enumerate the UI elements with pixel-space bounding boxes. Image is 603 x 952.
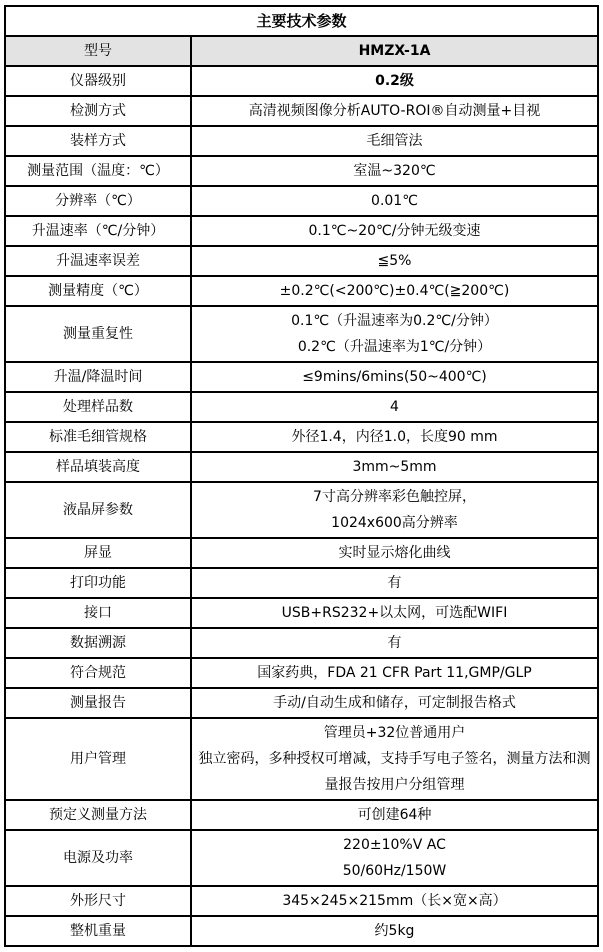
param-value: 管理员+32位普通用户独立密码，多种授权可增减，支持手写电子签名，测量方法和测量… bbox=[191, 718, 598, 800]
param-label: 外形尺寸 bbox=[5, 886, 191, 916]
table-row: 升温速率误差 ≦5% bbox=[5, 246, 598, 276]
param-label: 升温/降温时间 bbox=[5, 362, 191, 392]
param-value: 220±10%V AC50/60Hz/150W bbox=[191, 830, 598, 886]
param-value-line: 50/60Hz/150W bbox=[195, 858, 594, 884]
table-row: 测量范围（温度：℃） 室温~320℃ bbox=[5, 156, 598, 186]
param-value: 毛细管法 bbox=[191, 126, 598, 156]
table-row: 测量精度（℃） ±0.2℃(<200℃)±0.4℃(≧200℃) bbox=[5, 276, 598, 306]
table-row: 液晶屏参数 7寸高分辨率彩色触控屏，1024x600高分辨率 bbox=[5, 482, 598, 538]
table-row: 分辨率（℃） 0.01℃ bbox=[5, 186, 598, 216]
table-row: 打印功能 有 bbox=[5, 568, 598, 598]
param-label: 符合规范 bbox=[5, 658, 191, 688]
table-row: 测量重复性 0.1℃（升温速率为0.2℃/分钟）0.2℃（升温速率为1℃/分钟） bbox=[5, 306, 598, 362]
param-label: 标准毛细管规格 bbox=[5, 422, 191, 452]
param-value: ±0.2℃(<200℃)±0.4℃(≧200℃) bbox=[191, 276, 598, 306]
table-title-row: 主要技术参数 bbox=[5, 6, 598, 36]
param-value: 4 bbox=[191, 392, 598, 422]
param-value: 345×245×215mm（长×宽×高） bbox=[191, 886, 598, 916]
param-label: 测量重复性 bbox=[5, 306, 191, 362]
spec-table-body: 主要技术参数 型号 HMZX-1A 仪器级别 0.2级 检测方式 高清视频图像分… bbox=[5, 6, 598, 946]
param-label: 电源及功率 bbox=[5, 830, 191, 886]
param-label: 升温速率（℃/分钟） bbox=[5, 216, 191, 246]
table-row: 符合规范 国家药典，FDA 21 CFR Part 11,GMP/GLP bbox=[5, 658, 598, 688]
table-row: 测量报告 手动/自动生成和储存，可定制报告格式 bbox=[5, 688, 598, 718]
param-value-line: 独立密码，多种授权可增减，支持手写电子签名，测量方法和测量报告按用户分组管理 bbox=[195, 746, 594, 798]
param-value: 0.2级 bbox=[191, 66, 598, 96]
param-label: 处理样品数 bbox=[5, 392, 191, 422]
param-value-line: 1024x600高分辨率 bbox=[195, 510, 594, 536]
table-row: 电源及功率 220±10%V AC50/60Hz/150W bbox=[5, 830, 598, 886]
param-value: 实时显示熔化曲线 bbox=[191, 538, 598, 568]
param-label: 数据溯源 bbox=[5, 628, 191, 658]
param-label: 型号 bbox=[5, 36, 191, 66]
param-value: 国家药典，FDA 21 CFR Part 11,GMP/GLP bbox=[191, 658, 598, 688]
param-value: ≦5% bbox=[191, 246, 598, 276]
table-row: 处理样品数 4 bbox=[5, 392, 598, 422]
table-row: 整机重量 约5kg bbox=[5, 916, 598, 946]
param-value: 0.1℃（升温速率为0.2℃/分钟）0.2℃（升温速率为1℃/分钟） bbox=[191, 306, 598, 362]
param-value: 手动/自动生成和储存，可定制报告格式 bbox=[191, 688, 598, 718]
param-value: 约5kg bbox=[191, 916, 598, 946]
param-label: 接口 bbox=[5, 598, 191, 628]
param-label: 屏显 bbox=[5, 538, 191, 568]
param-value: 7寸高分辨率彩色触控屏，1024x600高分辨率 bbox=[191, 482, 598, 538]
param-label: 预定义测量方法 bbox=[5, 800, 191, 830]
param-label: 打印功能 bbox=[5, 568, 191, 598]
param-value: 0.1℃~20℃/分钟无级变速 bbox=[191, 216, 598, 246]
param-value: USB+RS232+以太网，可选配WIFI bbox=[191, 598, 598, 628]
param-label: 测量范围（温度：℃） bbox=[5, 156, 191, 186]
spec-table: 主要技术参数 型号 HMZX-1A 仪器级别 0.2级 检测方式 高清视频图像分… bbox=[4, 5, 599, 947]
param-label: 测量报告 bbox=[5, 688, 191, 718]
param-value: 外径1.4，内径1.0，长度90 mm bbox=[191, 422, 598, 452]
table-row: 型号 HMZX-1A bbox=[5, 36, 598, 66]
param-value: ≤9mins/6mins(50~400℃) bbox=[191, 362, 598, 392]
param-label: 用户管理 bbox=[5, 718, 191, 800]
table-row: 屏显 实时显示熔化曲线 bbox=[5, 538, 598, 568]
param-value-line: 0.2℃（升温速率为1℃/分钟） bbox=[195, 334, 594, 360]
document-page: 主要技术参数 型号 HMZX-1A 仪器级别 0.2级 检测方式 高清视频图像分… bbox=[0, 0, 603, 952]
table-row: 升温速率（℃/分钟） 0.1℃~20℃/分钟无级变速 bbox=[5, 216, 598, 246]
param-value: 有 bbox=[191, 568, 598, 598]
table-row: 用户管理 管理员+32位普通用户独立密码，多种授权可增减，支持手写电子签名，测量… bbox=[5, 718, 598, 800]
param-value: 3mm~5mm bbox=[191, 452, 598, 482]
table-row: 装样方式 毛细管法 bbox=[5, 126, 598, 156]
table-row: 仪器级别 0.2级 bbox=[5, 66, 598, 96]
table-row: 数据溯源 有 bbox=[5, 628, 598, 658]
param-value: HMZX-1A bbox=[191, 36, 598, 66]
param-value-line: 0.1℃（升温速率为0.2℃/分钟） bbox=[195, 308, 594, 334]
table-row: 样品填装高度 3mm~5mm bbox=[5, 452, 598, 482]
param-label: 升温速率误差 bbox=[5, 246, 191, 276]
param-label: 整机重量 bbox=[5, 916, 191, 946]
param-label: 装样方式 bbox=[5, 126, 191, 156]
table-row: 标准毛细管规格 外径1.4，内径1.0，长度90 mm bbox=[5, 422, 598, 452]
param-value-line: 220±10%V AC bbox=[195, 832, 594, 858]
param-label: 样品填装高度 bbox=[5, 452, 191, 482]
param-value-line: 7寸高分辨率彩色触控屏， bbox=[195, 484, 594, 510]
param-value: 可创建64种 bbox=[191, 800, 598, 830]
table-row: 预定义测量方法 可创建64种 bbox=[5, 800, 598, 830]
param-value-line: 管理员+32位普通用户 bbox=[195, 720, 594, 746]
param-label: 分辨率（℃） bbox=[5, 186, 191, 216]
table-row: 升温/降温时间 ≤9mins/6mins(50~400℃) bbox=[5, 362, 598, 392]
table-row: 检测方式 高清视频图像分析AUTO-ROI®自动测量+目视 bbox=[5, 96, 598, 126]
param-value: 有 bbox=[191, 628, 598, 658]
param-value: 高清视频图像分析AUTO-ROI®自动测量+目视 bbox=[191, 96, 598, 126]
param-value: 0.01℃ bbox=[191, 186, 598, 216]
table-row: 接口 USB+RS232+以太网，可选配WIFI bbox=[5, 598, 598, 628]
param-label: 测量精度（℃） bbox=[5, 276, 191, 306]
param-value: 室温~320℃ bbox=[191, 156, 598, 186]
param-label: 检测方式 bbox=[5, 96, 191, 126]
table-row: 外形尺寸 345×245×215mm（长×宽×高） bbox=[5, 886, 598, 916]
param-label: 液晶屏参数 bbox=[5, 482, 191, 538]
param-label: 仪器级别 bbox=[5, 66, 191, 96]
table-title: 主要技术参数 bbox=[5, 6, 598, 36]
